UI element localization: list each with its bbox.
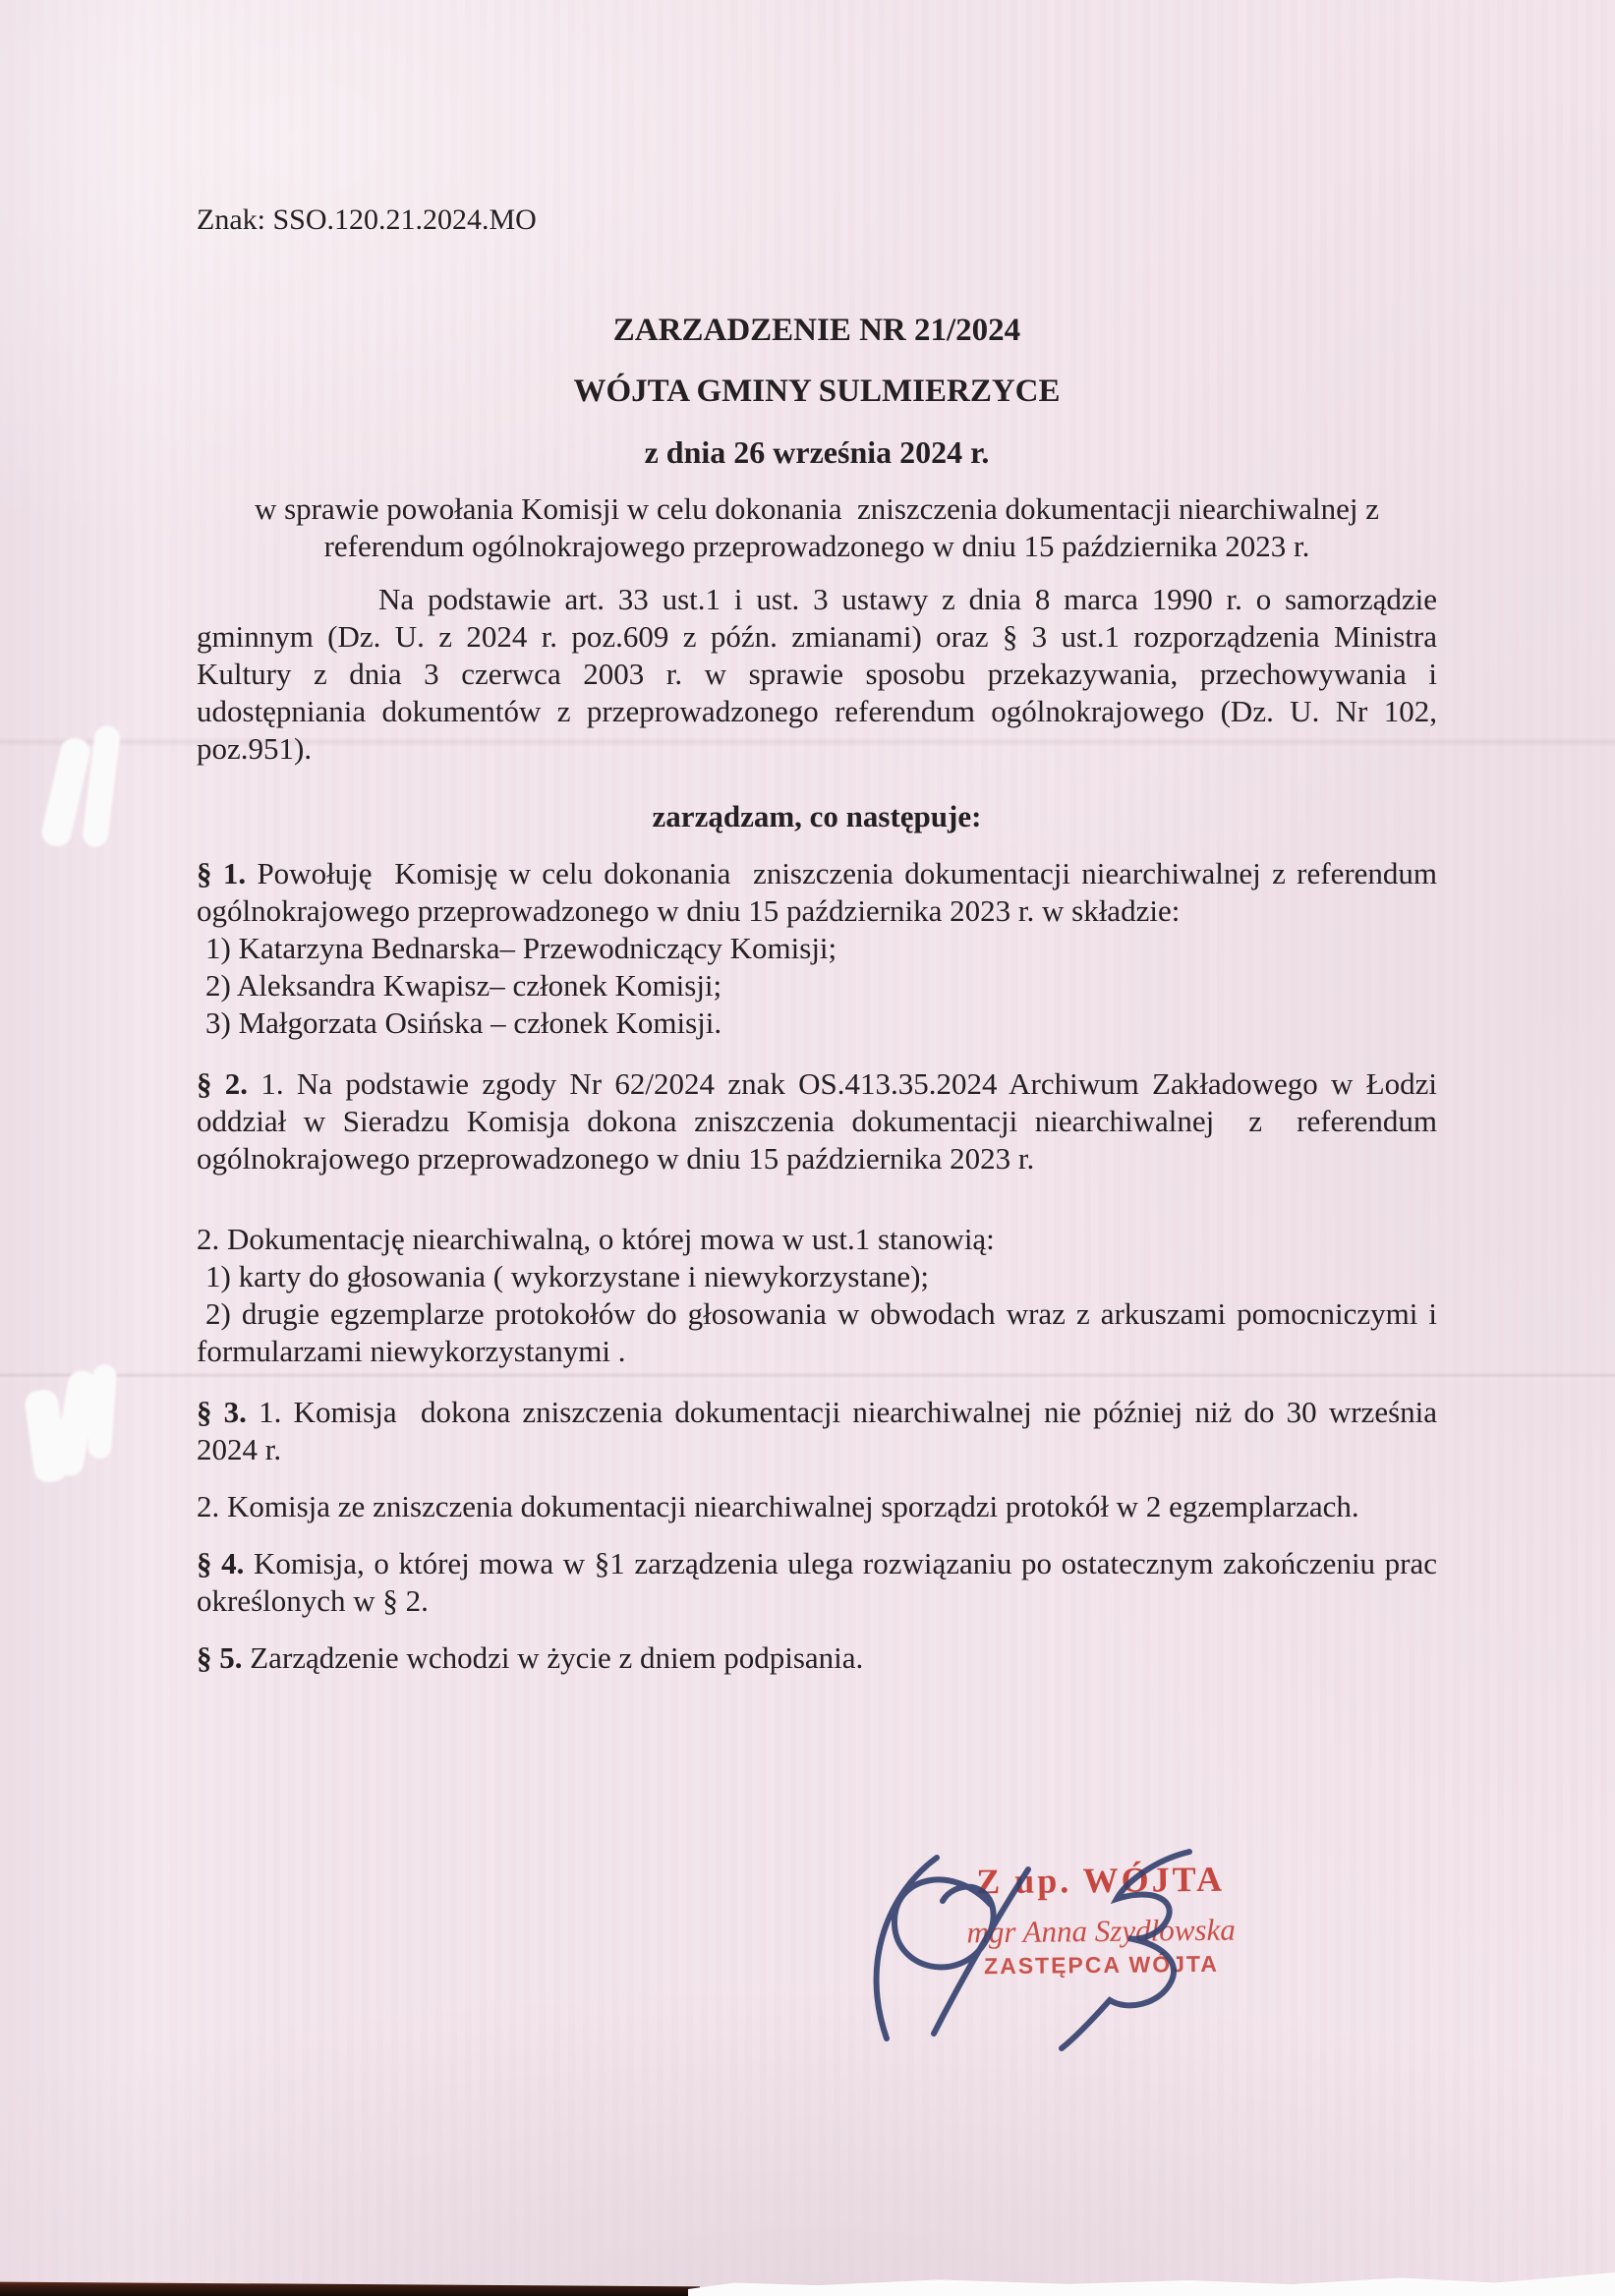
commission-member-item: 2) Aleksandra Kwapisz– członek Komisji; bbox=[197, 967, 1437, 1004]
section-5-paragraph: § 5. Zarządzenie wchodzi w życie z dniem… bbox=[197, 1639, 1437, 1677]
section-4-text: Komisja, o której mowa w §1 zarządzenia … bbox=[197, 1546, 1445, 1618]
section-2-ust-2: 2. Dokumentację niearchiwalną, o której … bbox=[197, 1221, 1437, 1258]
section-1-text: Powołuję Komisję w celu dokonania zniszc… bbox=[197, 856, 1445, 928]
section-4-paragraph: § 4. Komisja, o której mowa w §1 zarządz… bbox=[197, 1545, 1437, 1620]
legal-basis-paragraph: Na podstawie art. 33 ust.1 i ust. 3 usta… bbox=[197, 581, 1437, 768]
issuer-line: WÓJTA GMINY SULMIERZYCE bbox=[197, 373, 1437, 410]
section-5-text: Zarządzenie wchodzi w życie z dniem podp… bbox=[250, 1640, 863, 1675]
documentation-item: 1) karty do głosowania ( wykorzystane i … bbox=[197, 1258, 1437, 1295]
signature-ink bbox=[843, 1830, 1266, 2066]
section-1-paragraph: § 1. Powołuję Komisję w celu dokonania z… bbox=[197, 855, 1437, 930]
scanned-document-page: Znak: SSO.120.21.2024.MO ZARZADZENIE NR … bbox=[0, 0, 1615, 2296]
section-1-marker: § 1. bbox=[197, 856, 246, 890]
date-line: z dnia 26 września 2024 r. bbox=[197, 433, 1437, 471]
subject-line-1: w sprawie powołania Komisji w celu dokon… bbox=[197, 490, 1437, 528]
document-title: ZARZADZENIE NR 21/2024 bbox=[197, 312, 1437, 349]
correction-fluid-mark bbox=[47, 723, 136, 861]
section-3-paragraph: § 3. 1. Komisja dokona zniszczenia dokum… bbox=[197, 1394, 1437, 1468]
commission-member-item: 1) Katarzyna Bednarska– Przewodniczący K… bbox=[197, 930, 1437, 967]
reference-number: Znak: SSO.120.21.2024.MO bbox=[197, 201, 1437, 239]
section-3-ust-2: 2. Komisja ze zniszczenia dokumentacji n… bbox=[197, 1488, 1437, 1525]
subject-line-2: referendum ogólnokrajowego przeprowadzon… bbox=[197, 528, 1437, 565]
section-2-marker: § 2. bbox=[197, 1066, 248, 1101]
scan-bottom-edge-highlight bbox=[688, 2265, 1615, 2296]
section-2-paragraph: § 2. 1. Na podstawie zgody Nr 62/2024 zn… bbox=[197, 1065, 1437, 1177]
section-5-marker: § 5. bbox=[197, 1640, 243, 1675]
section-2-text: 1. Na podstawie zgody Nr 62/2024 znak OS… bbox=[197, 1066, 1445, 1176]
scan-bottom-edge-shadow bbox=[0, 2280, 700, 2296]
document-body: Znak: SSO.120.21.2024.MO ZARZADZENIE NR … bbox=[197, 0, 1437, 1677]
commission-member-item: 3) Małgorzata Osińska – członek Komisji. bbox=[197, 1004, 1437, 1042]
correction-fluid-mark bbox=[28, 1364, 126, 1484]
section-4-marker: § 4. bbox=[197, 1546, 244, 1580]
documentation-item: 2) drugie egzemplarze protokołów do głos… bbox=[197, 1295, 1437, 1370]
section-3-text: 1. Komisja dokona zniszczenia dokumentac… bbox=[197, 1395, 1445, 1466]
subject-line: w sprawie powołania Komisji w celu dokon… bbox=[197, 490, 1437, 565]
section-3-marker: § 3. bbox=[197, 1395, 247, 1429]
enacting-formula: zarządzam, co następuje: bbox=[197, 798, 1437, 835]
